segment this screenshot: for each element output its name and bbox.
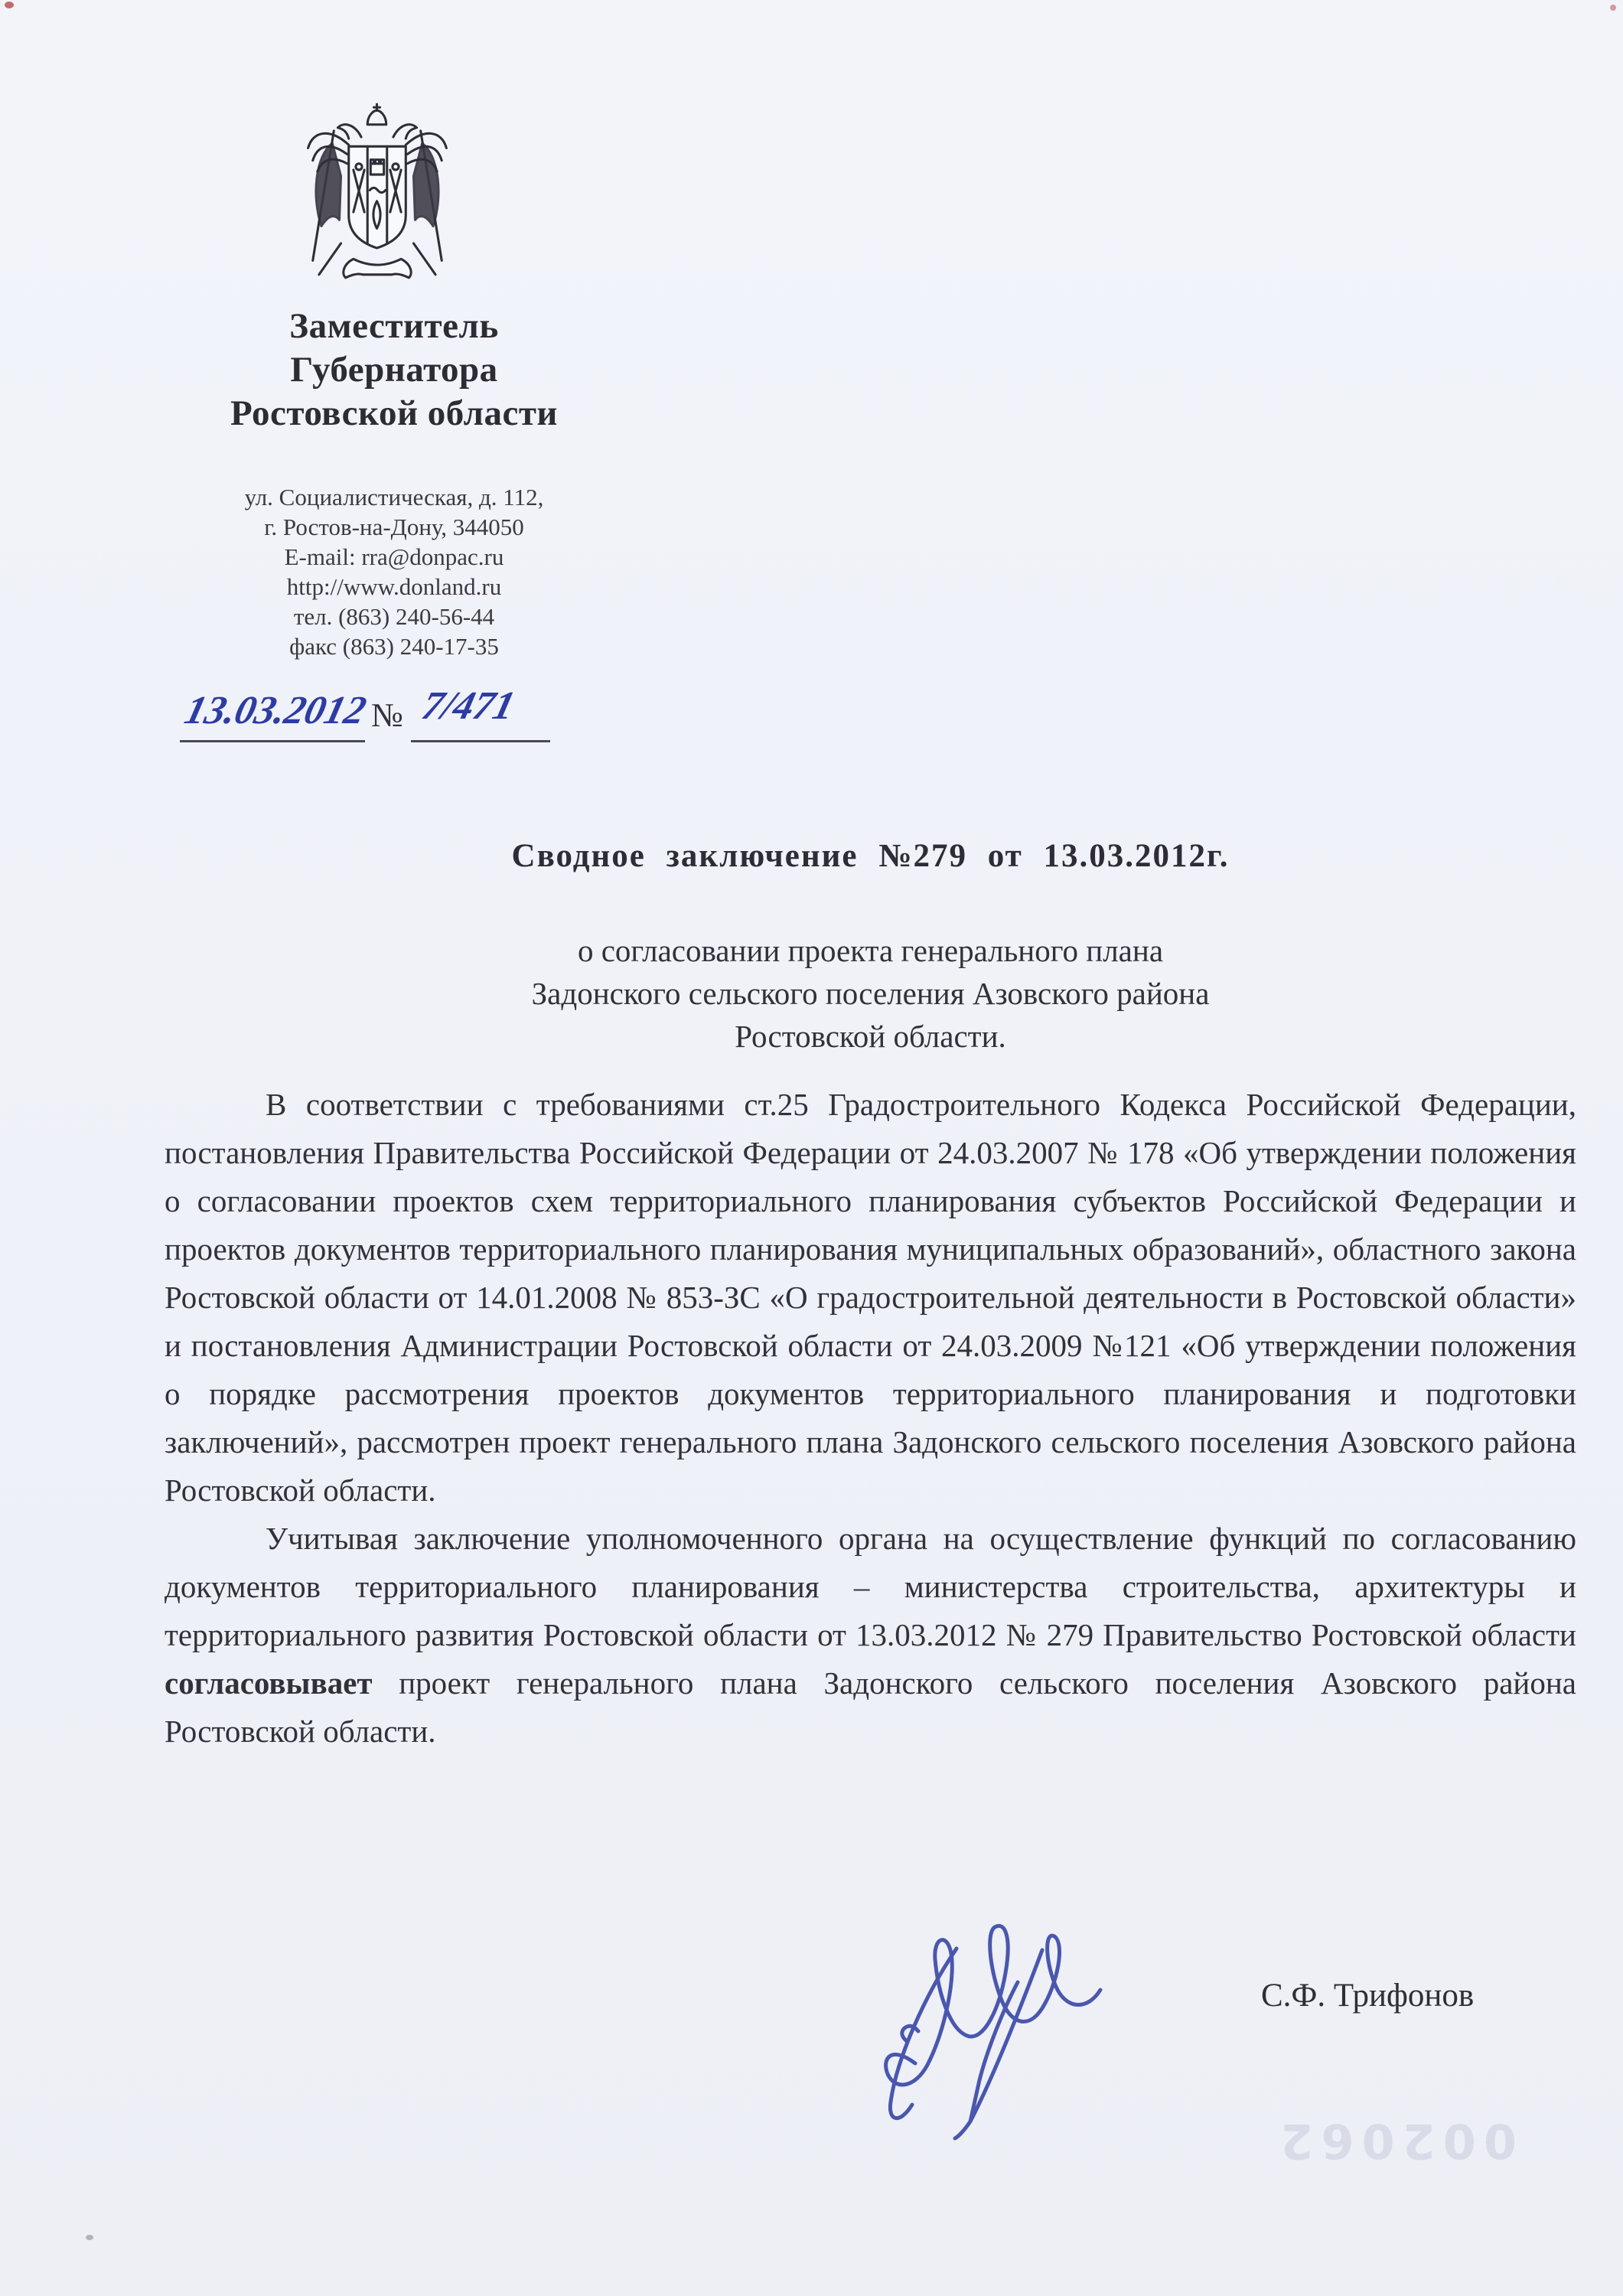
paragraph-2-bold-word: согласовывает — [165, 1665, 373, 1701]
signature-ink — [842, 1858, 1186, 2149]
signatory-name: С.Ф. Трифонов — [1261, 1977, 1474, 2014]
address-line: г. Ростов-на-Дону, 344050 — [172, 512, 616, 542]
address-line: E-mail: rra@donpac.ru — [172, 542, 616, 572]
address-line: тел. (863) 240-56-44 — [172, 602, 616, 631]
paragraph-2-text: Учитывая заключение уполномоченного орга… — [165, 1521, 1576, 1652]
date-underline — [180, 740, 365, 742]
scan-artifact-dot — [1610, 5, 1616, 11]
scanned-letter-page: Заместитель Губернатора Ростовской облас… — [0, 0, 1623, 2296]
number-underline — [411, 740, 550, 742]
letterhead-org-name: Заместитель Губернатора Ростовской облас… — [172, 305, 616, 435]
document-subtitle: о согласовании проекта генерального план… — [165, 929, 1576, 1058]
scan-artifact-dot — [5, 2, 14, 8]
org-line: Губернатора — [172, 348, 616, 392]
subtitle-line: Задонского сельского поселения Азовского… — [165, 972, 1576, 1015]
letterhead-address-block: ул. Социалистическая, д. 112, г. Ростов-… — [172, 482, 616, 661]
handwritten-number: 7/471 — [418, 683, 520, 729]
letter-body: В соответствии с требованиями ст.25 Град… — [165, 1081, 1576, 1756]
paragraph-2: Учитывая заключение уполномоченного орга… — [165, 1515, 1576, 1756]
address-line: факс (863) 240-17-35 — [172, 631, 616, 661]
scan-artifact-dot — [86, 2235, 93, 2240]
rostov-oblast-coat-of-arms-icon — [289, 98, 465, 282]
document-title: Сводное заключение №279 от 13.03.2012г. — [165, 837, 1576, 875]
org-line: Заместитель — [172, 305, 616, 348]
paragraph-2-text: проект генерального плана Задонского сел… — [165, 1665, 1576, 1749]
handwritten-date: 13.03.2012 — [181, 688, 371, 733]
number-sign: № — [371, 696, 403, 735]
address-line: http://www.donland.ru — [172, 572, 616, 602]
reference-line: 13.03.2012 № 7/471 — [180, 683, 608, 760]
subtitle-line: о согласовании проекта генерального план… — [165, 929, 1576, 972]
address-line: ул. Социалистическая, д. 112, — [172, 482, 616, 512]
subtitle-line: Ростовской области. — [165, 1015, 1576, 1058]
org-line: Ростовской области — [172, 392, 616, 435]
paragraph-1: В соответствии с требованиями ст.25 Град… — [165, 1081, 1576, 1515]
bleedthrough-number: 002062 — [1287, 2100, 1517, 2169]
